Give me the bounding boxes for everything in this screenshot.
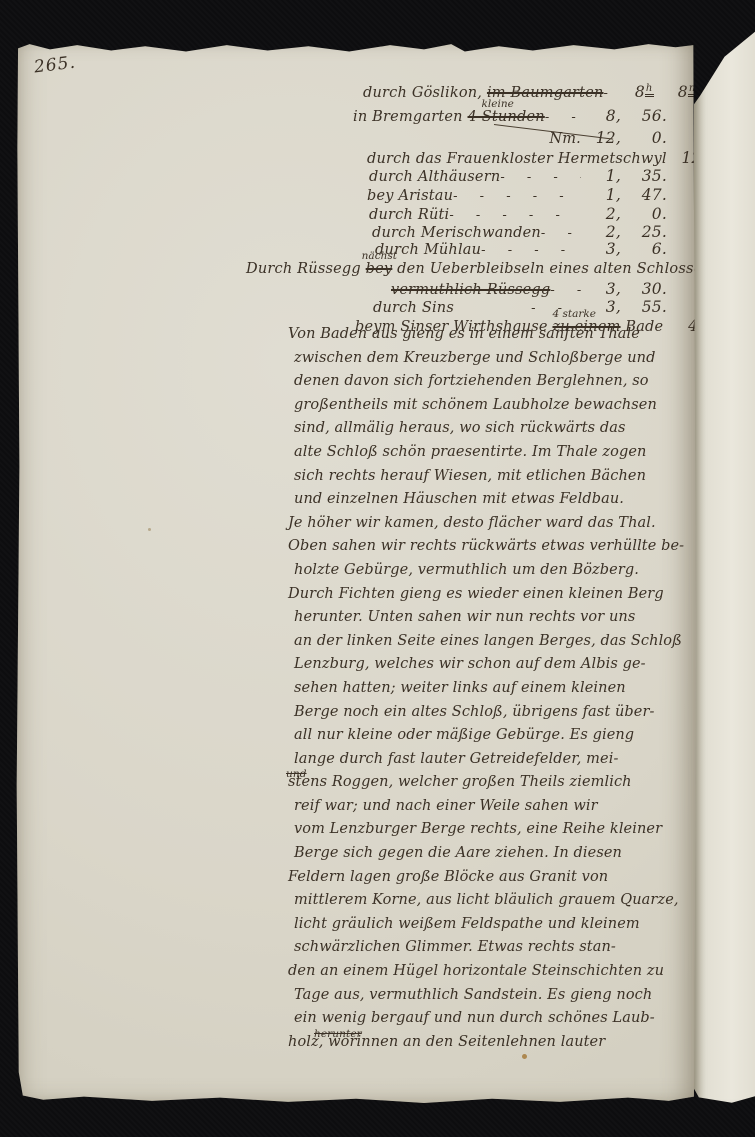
leader-dashes: - - - - - -: [449, 208, 581, 223]
time-minutes: 8m: [654, 83, 700, 101]
manuscript-line: schwärzlichen Glimmer. Etwas rechts stan…: [288, 936, 680, 960]
leader-dashes: - - - - - -: [453, 189, 581, 204]
manuscript-line: stens Roggen, welcher großen Theils ziem…: [288, 774, 632, 790]
itinerary-row: bey Aristau - - - - - - 1, 47.: [241, 186, 667, 204]
manuscript-line: all nur kleine oder mäßige Gebürge. Es g…: [288, 724, 680, 748]
time-minutes: 56.: [621, 107, 667, 125]
inserted-word: kleine: [482, 98, 514, 110]
place-label: durch Göslikon,: [363, 85, 482, 101]
manuscript-line: an der linken Seite eines langen Berges,…: [288, 630, 680, 654]
manuscript-line: reif war; und nach einer Weile sahen wir: [288, 795, 680, 819]
leader-dashes: - - - - -: [481, 243, 581, 258]
leader-dashes: - - - - - -: [500, 170, 581, 185]
inserted-word: 4 starke: [552, 308, 595, 320]
time-hours: 8h: [614, 83, 654, 101]
manuscript-line: sich rechts herauf Wiesen, mit etlichen …: [288, 465, 680, 489]
time-hours: 1,: [581, 167, 621, 185]
journal-body-text: Von Baden aus gieng es in einem sanften …: [288, 323, 680, 1054]
marginal-insertion: herunter: [314, 1023, 362, 1047]
leader-dashes: - -: [604, 86, 614, 101]
itinerary-row: durch Merischwanden - - - - - 2, 25.: [241, 223, 667, 241]
time-hours: 1,: [581, 186, 621, 204]
place-label: durch das Frauenkloster Hermetschwyl: [367, 151, 667, 167]
minute-superscript: m: [688, 83, 700, 97]
time-minutes: 25.: [621, 223, 667, 241]
manuscript-line: holzte Gebürge, vermuthlich um den Bözbe…: [288, 559, 680, 583]
itinerary-row: durch Althäusern - - - - - - 1, 35.: [241, 167, 667, 185]
manuscript-line-with-insertion: und stens Roggen, welcher großen Theils …: [288, 771, 680, 795]
manuscript-line: und einzelnen Häuschen mit etwas Feldbau…: [288, 488, 680, 512]
correction-group: kleine 4 Stunden: [468, 109, 545, 125]
time-minutes: 30.: [621, 280, 667, 298]
time-hours: 8,: [581, 107, 621, 125]
time-minutes: 47.: [621, 186, 667, 204]
place-label: bey Aristau: [367, 188, 453, 204]
manuscript-line: den an einem Hügel horizontale Steinschi…: [288, 960, 680, 984]
manuscript-line: zwischen dem Kreuzberge und Schloßberge …: [288, 347, 680, 371]
afternoon-abbrev: Nm.: [549, 131, 581, 147]
manuscript-line: alte Schloß schön praesentirte. Im Thale…: [288, 441, 680, 465]
leader-dashes: - -: [545, 110, 581, 125]
time-hours: 3,: [581, 240, 621, 258]
place-label: durch Sins: [373, 300, 454, 316]
manuscript-line: vom Lenzburger Berge rechts, eine Reihe …: [288, 818, 680, 842]
manuscript-line: Durch Fichten gieng es wieder einen klei…: [288, 583, 680, 607]
itinerary-row: Durch Rüssegg nächst bey den Ueberbleibs…: [241, 261, 667, 277]
time-minutes: 35.: [621, 167, 667, 185]
place-label: in Bremgarten: [353, 109, 463, 125]
manuscript-line: sehen hatten; weiter links auf einem kle…: [288, 677, 680, 701]
manuscript-line: herunter. Unten sahen wir nun rechts vor…: [288, 606, 680, 630]
itinerary-row: durch Sins - - 3, 55.: [241, 298, 667, 316]
place-label: den Ueberbleibseln eines alten Schlosses…: [397, 261, 715, 277]
struck-text: 4 Stunden: [468, 109, 545, 125]
itinerary-row: durch Mühlau - - - - - 3, 6.: [241, 240, 667, 258]
itinerary-row: durch Göslikon, im Baumgarten - - 8h 8m: [241, 83, 667, 101]
time-minutes: 0.: [621, 129, 667, 147]
page-number: 265.: [33, 53, 77, 78]
itinerary-row: vermuthlich Rüssegg - - - 3, 30.: [241, 280, 667, 298]
manuscript-line: Je höher wir kamen, desto flächer ward d…: [288, 512, 680, 536]
time-hours: 2,: [581, 205, 621, 223]
inserted-word: nächst: [362, 250, 397, 262]
scan-background: 265. durch Göslikon, im Baumgarten - - 8…: [0, 0, 755, 1137]
manuscript-line: Von Baden aus gieng es in einem sanften …: [288, 323, 680, 347]
manuscript-line: denen davon sich fortziehenden Berglehne…: [288, 370, 680, 394]
struck-text: vermuthlich Rüssegg: [391, 282, 550, 298]
time-minutes: 6.: [621, 240, 667, 258]
itinerary-row: durch Rüti - - - - - - 2, 0.: [241, 205, 667, 223]
correction-group: nächst bey: [366, 261, 393, 277]
manuscript-line: Lenzburg, welches wir schon auf dem Albi…: [288, 653, 680, 677]
manuscript-line: Berge sich gegen die Aare ziehen. In die…: [288, 842, 680, 866]
leader-dashes: - - - - -: [541, 226, 581, 241]
hour-superscript: h: [645, 83, 654, 97]
manuscript-page: 265. durch Göslikon, im Baumgarten - - 8…: [16, 42, 696, 1104]
next-page-edge: [694, 22, 755, 1106]
manuscript-line: licht gräulich weißem Feldspathe und kle…: [288, 913, 680, 937]
itinerary-row: durch das Frauenkloster Hermetschwyl 12,…: [241, 149, 667, 167]
time-minutes: 0.: [621, 205, 667, 223]
marginal-insertion: und: [286, 763, 307, 787]
place-label: Durch Rüssegg: [246, 261, 361, 277]
place-label: durch Althäusern: [369, 169, 500, 185]
place-label: durch Rüti: [369, 207, 449, 223]
struck-text: bey: [366, 261, 393, 277]
itinerary-list: durch Göslikon, im Baumgarten - - 8h 8m …: [241, 76, 667, 342]
manuscript-line: großentheils mit schönem Laubholze bewac…: [288, 394, 680, 418]
manuscript-line: Feldern lagen große Blöcke aus Granit vo…: [288, 866, 680, 890]
itinerary-row: in Bremgarten kleine 4 Stunden - - 8, 56…: [241, 107, 667, 125]
time-hours: 2,: [581, 223, 621, 241]
manuscript-line: lange durch fast lauter Getreidefelder, …: [288, 748, 680, 772]
leader-dashes: - - -: [550, 283, 581, 298]
place-label: durch Merischwanden: [372, 225, 541, 241]
manuscript-line: Oben sahen wir rechts rückwärts etwas ve…: [288, 535, 680, 559]
time-minutes: 55.: [621, 298, 667, 316]
time-hours: 12,: [581, 129, 621, 147]
manuscript-line: sind, allmälig heraus, wo sich rückwärts…: [288, 417, 680, 441]
itinerary-row: Nm. 12, 0.: [241, 129, 667, 147]
paper-speck: [522, 1054, 527, 1059]
time-hours: 3,: [581, 280, 621, 298]
manuscript-line: Tage aus, vermuthlich Sandstein. Es gien…: [288, 984, 680, 1008]
manuscript-line-with-insertion: herunter holz, worinnen an den Seitenleh…: [288, 1031, 680, 1055]
manuscript-line: Berge noch ein altes Schloß, übrigens fa…: [288, 701, 680, 725]
paper-speck: [148, 528, 151, 531]
manuscript-line: mittlerem Korne, aus licht bläulich grau…: [288, 889, 680, 913]
